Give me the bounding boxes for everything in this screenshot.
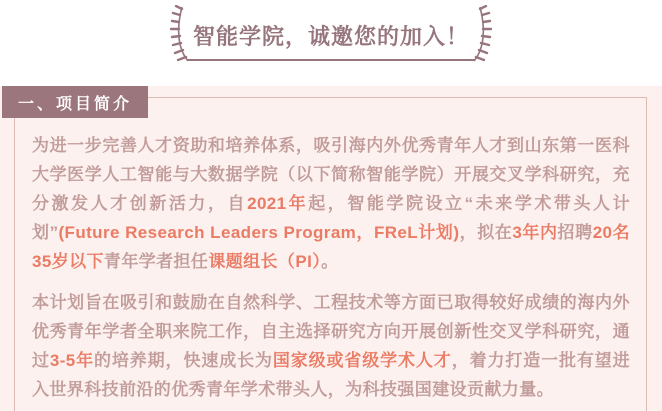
intro-paragraphs: 为进一步完善人才资助和培养体系，吸引海内外优秀青年人才到山东第一医科大学医学人工…: [32, 131, 630, 411]
body-text: 青年学者担任: [104, 252, 208, 271]
highlighted-text: 国家级或省级学术人才: [273, 351, 452, 370]
page-header: 智能学院，诚邀您的加入！: [0, 0, 662, 86]
body-text: 招聘: [558, 223, 593, 242]
highlighted-text: 课题组长（PI）: [208, 252, 321, 271]
body-text: 。: [321, 252, 338, 271]
laurel-right-icon: [468, 5, 498, 63]
page-title: 智能学院，诚邀您的加入！: [187, 20, 475, 61]
highlighted-text: 3-5年: [50, 351, 94, 370]
highlighted-text: (Future Research Leaders Program，FReL计划): [58, 223, 459, 242]
section-heading-label: 一、项目简介: [18, 91, 132, 114]
paragraph: 本计划旨在吸引和鼓励在自然科学、工程技术等方面已取得较好成绩的海内外优秀青年学者…: [32, 288, 630, 404]
body-text: 的培养期，快速成长为: [94, 351, 273, 370]
highlighted-text: 2021年: [247, 194, 308, 213]
paragraph: 为进一步完善人才资助和培养体系，吸引海内外优秀青年人才到山东第一医科大学医学人工…: [32, 131, 630, 276]
section-heading-badge: 一、项目简介: [2, 86, 148, 118]
highlighted-text: 3年内: [512, 223, 557, 242]
body-text: ，拟在: [459, 223, 512, 242]
